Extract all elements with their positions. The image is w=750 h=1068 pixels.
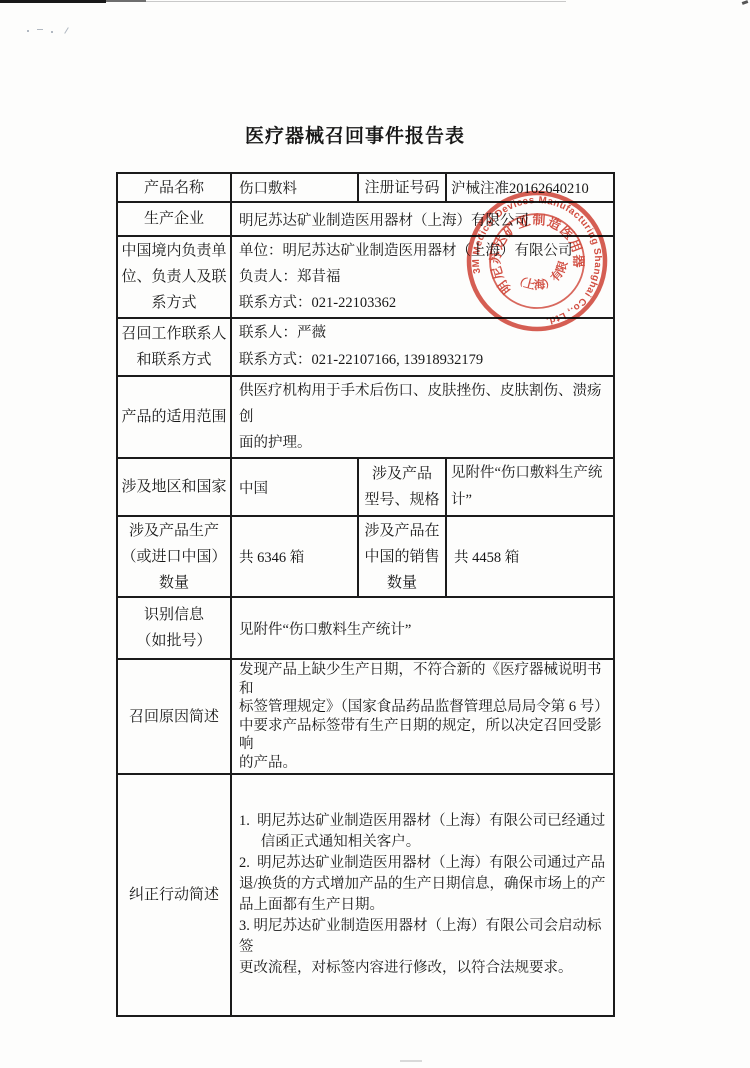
reason-label: 召回原因简述 — [117, 659, 231, 774]
product-name-value: 伤口敷料 — [231, 173, 358, 202]
sales-quantity-value: 共 4458 箱 — [446, 516, 614, 597]
row-reason: 召回原因简述 发现产品上缺少生产日期，不符合新的《医疗器械说明书和 标签管理规定… — [117, 659, 614, 774]
scan-artifact-top-line-faint — [146, 1, 566, 2]
row-regions: 涉及地区和国家 中国 涉及产品 型号、规格 见附件“伤口敷料生产统 计” — [117, 458, 614, 516]
actions-label: 纠正行动简述 — [117, 774, 231, 1016]
row-scope: 产品的适用范围 供医疗机构用于手术后伤口、皮肤挫伤、皮肤割伤、溃疡创 面的护理。 — [117, 376, 614, 458]
regions-label: 涉及地区和国家 — [117, 458, 231, 516]
production-quantity-label: 涉及产品生产 （或进口中国） 数量 — [117, 516, 231, 597]
regions-value: 中国 — [231, 458, 358, 516]
stamp-english-text: 3M Medical Devices Manufacturing Shangha… — [457, 181, 617, 341]
scan-artifact-corner-mark — [742, 0, 749, 5]
manufacturer-label: 生产企业 — [117, 202, 231, 236]
scope-label: 产品的适用范围 — [117, 376, 231, 458]
scan-artifact-top-line-fade — [106, 0, 146, 2]
document-title: 医疗器械召回事件报告表 — [0, 121, 710, 148]
row-actions: 纠正行动简述 1. 明尼苏达矿业制造医用器材（上海）有限公司已经通过 信函正式通… — [117, 774, 614, 1016]
production-quantity-value: 共 6346 箱 — [231, 516, 358, 597]
pencil-mark — [51, 31, 53, 33]
pencil-mark — [27, 30, 29, 32]
scan-artifact-top-line — [0, 0, 106, 3]
pencil-mark — [64, 27, 69, 33]
models-value: 见附件“伤口敷料生产统 计” — [446, 458, 614, 516]
actions-value: 1. 明尼苏达矿业制造医用器材（上海）有限公司已经通过 信函正式通知相关客户。 … — [231, 774, 614, 1016]
scan-artifact-smudge — [400, 1060, 422, 1062]
sales-quantity-label: 涉及产品在 中国的销售 数量 — [358, 516, 446, 597]
scope-value: 供医疗机构用于手术后伤口、皮肤挫伤、皮肤割伤、溃疡创 面的护理。 — [231, 376, 614, 458]
models-label: 涉及产品 型号、规格 — [358, 458, 446, 516]
china-agent-label: 中国境内负责单 位、负责人及联 系方式 — [117, 236, 231, 318]
identification-value: 见附件“伤口敷料生产统计” — [231, 597, 614, 659]
reason-value: 发现产品上缺少生产日期，不符合新的《医疗器械说明书和 标签管理规定》（国家食品药… — [231, 659, 614, 774]
identification-label: 识别信息 （如批号） — [117, 597, 231, 659]
row-identification: 识别信息 （如批号） 见附件“伤口敷料生产统计” — [117, 597, 614, 659]
registration-number-label: 注册证号码 — [358, 173, 446, 202]
row-quantity: 涉及产品生产 （或进口中国） 数量 共 6346 箱 涉及产品在 中国的销售 数… — [117, 516, 614, 597]
product-name-label: 产品名称 — [117, 173, 231, 202]
scanned-document-page: 医疗器械召回事件报告表 产品名称 伤口敷料 注册证号码 沪械注准20162640… — [0, 0, 750, 1068]
pencil-mark — [37, 29, 43, 30]
recall-contact-label: 召回工作联系人 和联系方式 — [117, 318, 231, 376]
